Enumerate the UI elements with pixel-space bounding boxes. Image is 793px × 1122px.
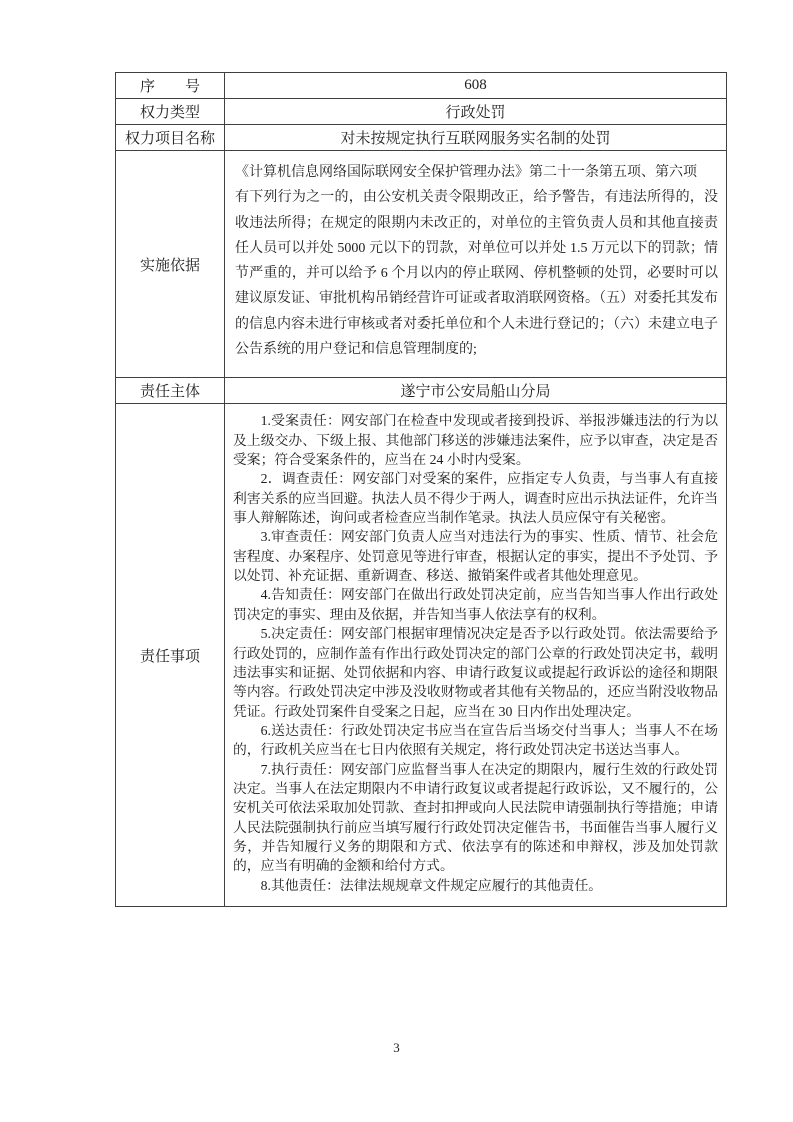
row-label-implementation-basis: 实施依据 <box>116 151 225 377</box>
duty-paragraph-7: 7.执行责任：网安部门应监督当事人在决定的期限内，履行生效的行政处罚决定。当事人… <box>233 760 718 876</box>
row-value-implementation-basis: 《计算机信息网络国际联网安全保护管理办法》第二十一条第五项、第六项 有下列行为之… <box>225 151 726 377</box>
duty-paragraph-5: 5.决定责任：网安部门根据审理情况决定是否予以行政处罚。依法需要给予行政处罚的，… <box>233 624 718 721</box>
row-value-power-type: 行政处罚 <box>225 99 726 124</box>
table-row-responsibility-items: 责任事项 1.受案责任：网安部门在检查中发现或者接到投诉、举报涉嫌违法的行为以及… <box>116 404 726 906</box>
table-row-power-item-name: 权力项目名称 对未按规定执行互联网服务实名制的处罚 <box>116 125 726 151</box>
row-value-responsibility-items: 1.受案责任：网安部门在检查中发现或者接到投诉、举报涉嫌违法的行为以及上级交办、… <box>225 404 726 906</box>
duty-paragraph-8: 8.其他责任：法律法规规章文件规定应履行的其他责任。 <box>233 876 718 895</box>
row-label-power-item-name: 权力项目名称 <box>116 125 225 150</box>
duty-paragraph-1: 1.受案责任：网安部门在检查中发现或者接到投诉、举报涉嫌违法的行为以及上级交办、… <box>233 411 718 469</box>
table-row-power-type: 权力类型 行政处罚 <box>116 99 726 125</box>
duty-paragraph-3: 3.审查责任：网安部门负责人应当对违法行为的事实、性质、情节、社会危害程度、办案… <box>233 527 718 585</box>
document-page: 序 号 608 权力类型 行政处罚 权力项目名称 对未按规定执行互联网服务实名制… <box>0 0 793 1122</box>
basis-paragraph: 《计算机信息网络国际联网安全保护管理办法》第二十一条第五项、第六项 <box>235 160 718 185</box>
duty-paragraph-4: 4.告知责任：网安部门在做出行政处罚决定前，应当告知当事人作出行政处罚决定的事实… <box>233 585 718 624</box>
row-value-power-item-name: 对未按规定执行互联网服务实名制的处罚 <box>225 125 726 150</box>
row-label-serial-number: 序 号 <box>116 73 225 98</box>
row-label-responsibility-items: 责任事项 <box>116 404 225 906</box>
page-number: 3 <box>0 1040 793 1056</box>
table-row-implementation-basis: 实施依据 《计算机信息网络国际联网安全保护管理办法》第二十一条第五项、第六项 有… <box>116 151 726 378</box>
row-value-serial-number: 608 <box>225 73 726 98</box>
duty-paragraph-2: 2．调查责任：网安部门对受案的案件，应指定专人负责，与当事人有直接利害关系的应当… <box>233 469 718 527</box>
duty-paragraph-6: 6.送达责任：行政处罚决定书应当在宣告后当场交付当事人；当事人不在场的，行政机关… <box>233 721 718 760</box>
basis-paragraph: 有下列行为之一的，由公安机关责令限期改正，给予警告，有违法所得的，没收违法所得；… <box>235 185 718 362</box>
power-item-table: 序 号 608 权力类型 行政处罚 权力项目名称 对未按规定执行互联网服务实名制… <box>115 72 727 907</box>
row-value-responsible-entity: 遂宁市公安局船山分局 <box>225 378 726 403</box>
table-row-responsible-entity: 责任主体 遂宁市公安局船山分局 <box>116 378 726 404</box>
table-row-serial-number: 序 号 608 <box>116 73 726 99</box>
row-label-responsible-entity: 责任主体 <box>116 378 225 403</box>
row-label-power-type: 权力类型 <box>116 99 225 124</box>
